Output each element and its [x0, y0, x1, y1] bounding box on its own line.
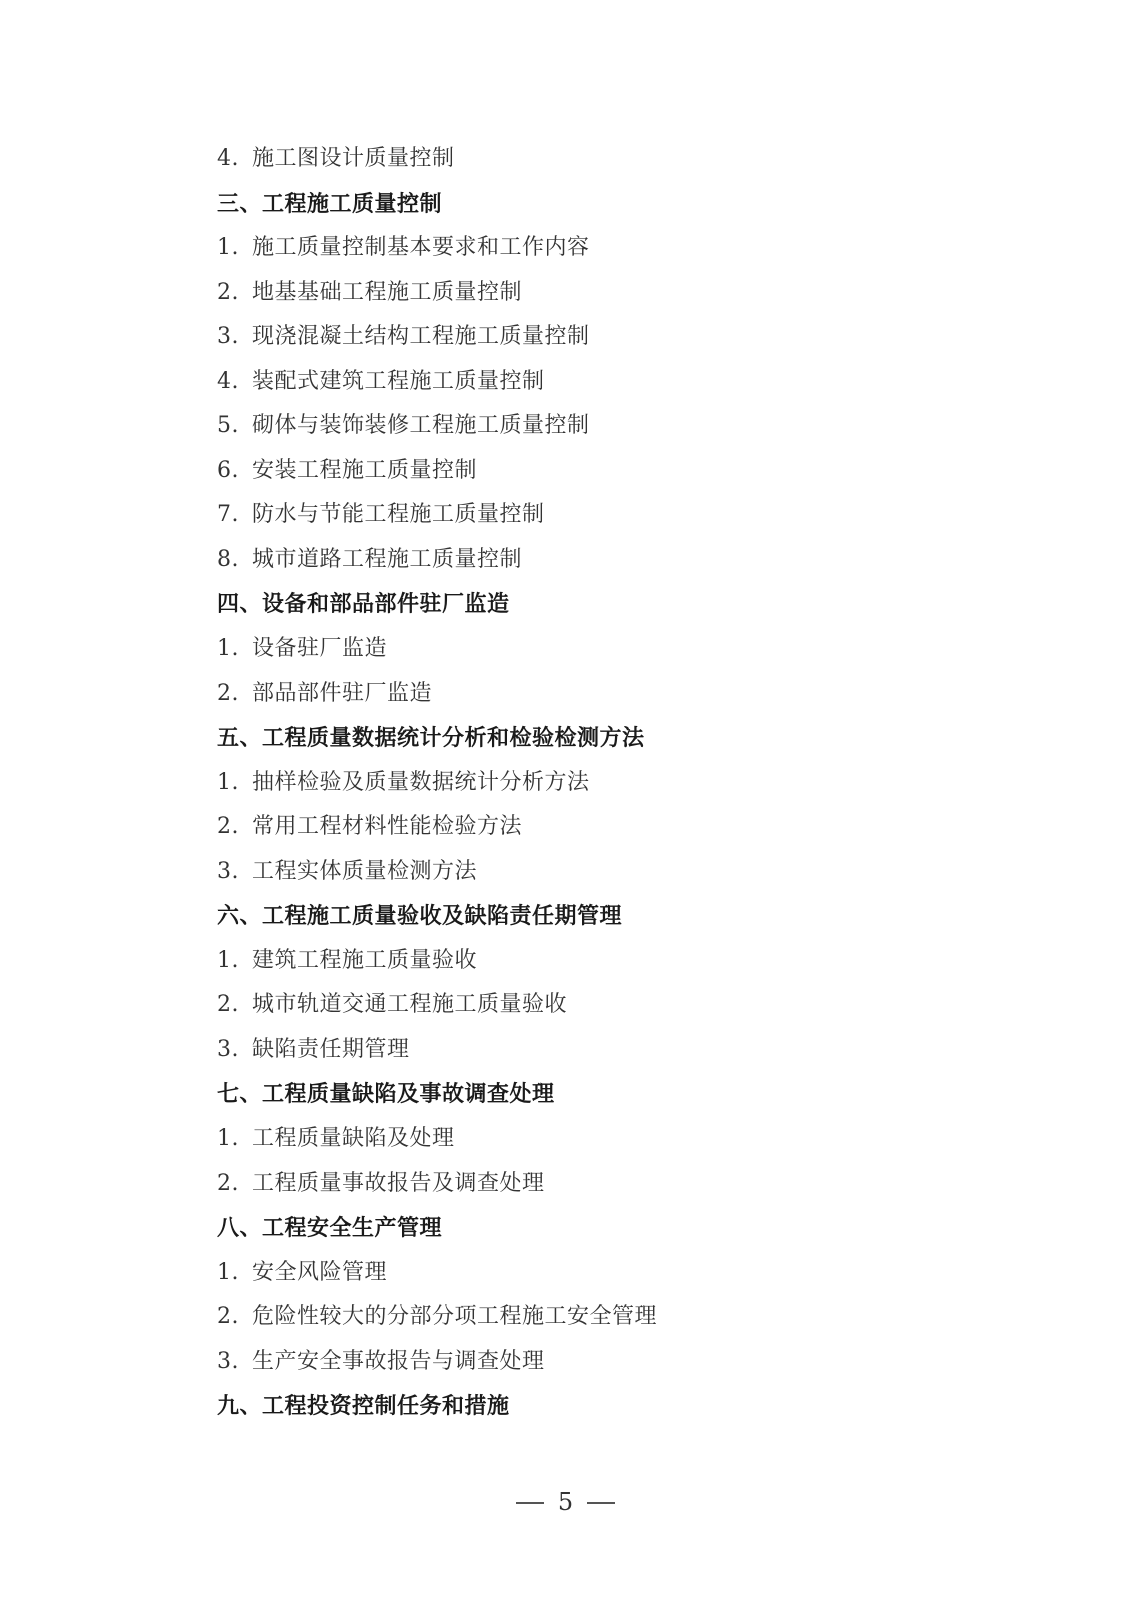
- dash-left: [516, 1502, 544, 1504]
- item-number: 1.: [217, 761, 252, 806]
- outline-item: 4.施工图设计质量控制: [217, 137, 937, 182]
- outline-item: 3.现浇混凝土结构工程施工质量控制: [217, 315, 937, 360]
- item-text: 生产安全事故报告与调查处理: [252, 1349, 545, 1374]
- item-text: 常用工程材料性能检验方法: [252, 814, 522, 839]
- item-number: 5.: [217, 404, 252, 449]
- outline-item: 7.防水与节能工程施工质量控制: [217, 493, 937, 538]
- item-number: 2.: [217, 672, 252, 717]
- section-heading: 九、工程投资控制任务和措施: [217, 1384, 937, 1429]
- outline-item: 2.部品部件驻厂监造: [217, 672, 937, 717]
- outline-item: 3.工程实体质量检测方法: [217, 850, 937, 895]
- section-heading: 八、工程安全生产管理: [217, 1206, 937, 1251]
- outline-item: 2.地基基础工程施工质量控制: [217, 271, 937, 316]
- section-heading: 六、工程施工质量验收及缺陷责任期管理: [217, 894, 937, 939]
- item-text: 安全风险管理: [252, 1260, 387, 1285]
- section-heading: 七、工程质量缺陷及事故调查处理: [217, 1072, 937, 1117]
- page-number: 5: [558, 1488, 573, 1516]
- heading-text: 五、工程质量数据统计分析和检验检测方法: [217, 725, 645, 751]
- item-number: 1.: [217, 939, 252, 984]
- outline-item: 2.工程质量事故报告及调查处理: [217, 1162, 937, 1207]
- section-heading: 五、工程质量数据统计分析和检验检测方法: [217, 716, 937, 761]
- outline-item: 5.砌体与装饰装修工程施工质量控制: [217, 404, 937, 449]
- outline-item: 1.抽样检验及质量数据统计分析方法: [217, 761, 937, 806]
- item-text: 工程实体质量检测方法: [252, 859, 477, 884]
- outline-item: 8.城市道路工程施工质量控制: [217, 538, 937, 583]
- page-footer: 5: [0, 1484, 1131, 1520]
- heading-text: 七、工程质量缺陷及事故调查处理: [217, 1081, 555, 1107]
- item-number: 3.: [217, 850, 252, 895]
- item-text: 工程质量事故报告及调查处理: [252, 1171, 545, 1196]
- outline-item: 2.常用工程材料性能检验方法: [217, 805, 937, 850]
- item-text: 现浇混凝土结构工程施工质量控制: [252, 324, 590, 349]
- heading-text: 八、工程安全生产管理: [217, 1215, 442, 1241]
- outline-item: 3.缺陷责任期管理: [217, 1028, 937, 1073]
- heading-text: 六、工程施工质量验收及缺陷责任期管理: [217, 903, 622, 929]
- item-text: 设备驻厂监造: [252, 636, 387, 661]
- outline-item: 1.建筑工程施工质量验收: [217, 939, 937, 984]
- item-text: 防水与节能工程施工质量控制: [252, 502, 545, 527]
- heading-text: 四、设备和部品部件驻厂监造: [217, 591, 510, 617]
- item-number: 3.: [217, 1340, 252, 1385]
- item-text: 施工质量控制基本要求和工作内容: [252, 235, 590, 260]
- item-text: 部品部件驻厂监造: [252, 681, 432, 706]
- item-text: 建筑工程施工质量验收: [252, 948, 477, 973]
- item-text: 城市道路工程施工质量控制: [252, 547, 522, 572]
- item-text: 危险性较大的分部分项工程施工安全管理: [252, 1304, 657, 1329]
- item-text: 工程质量缺陷及处理: [252, 1126, 455, 1151]
- item-number: 2.: [217, 1162, 252, 1207]
- section-heading: 四、设备和部品部件驻厂监造: [217, 582, 937, 627]
- item-number: 2.: [217, 983, 252, 1028]
- item-text: 施工图设计质量控制: [252, 146, 455, 171]
- outline-item: 4.装配式建筑工程施工质量控制: [217, 360, 937, 405]
- item-number: 2.: [217, 805, 252, 850]
- outline-item: 1.设备驻厂监造: [217, 627, 937, 672]
- item-number: 7.: [217, 493, 252, 538]
- heading-text: 九、工程投资控制任务和措施: [217, 1393, 510, 1419]
- item-number: 8.: [217, 538, 252, 583]
- item-number: 1.: [217, 1251, 252, 1296]
- item-number: 2.: [217, 271, 252, 316]
- item-text: 抽样检验及质量数据统计分析方法: [252, 770, 590, 795]
- item-number: 3.: [217, 1028, 252, 1073]
- item-text: 城市轨道交通工程施工质量验收: [252, 992, 567, 1017]
- item-text: 砌体与装饰装修工程施工质量控制: [252, 413, 590, 438]
- section-heading: 三、工程施工质量控制: [217, 182, 937, 227]
- outline-item: 6.安装工程施工质量控制: [217, 449, 937, 494]
- item-text: 装配式建筑工程施工质量控制: [252, 369, 545, 394]
- outline-item: 1.工程质量缺陷及处理: [217, 1117, 937, 1162]
- item-number: 2.: [217, 1295, 252, 1340]
- outline-item: 1.施工质量控制基本要求和工作内容: [217, 226, 937, 271]
- item-number: 1.: [217, 226, 252, 271]
- document-page: 4.施工图设计质量控制 三、工程施工质量控制 1.施工质量控制基本要求和工作内容…: [0, 0, 1131, 1600]
- outline-item: 2.危险性较大的分部分项工程施工安全管理: [217, 1295, 937, 1340]
- heading-text: 三、工程施工质量控制: [217, 191, 442, 217]
- item-text: 安装工程施工质量控制: [252, 458, 477, 483]
- outline-item: 1.安全风险管理: [217, 1251, 937, 1296]
- item-number: 1.: [217, 1117, 252, 1162]
- item-number: 4.: [217, 360, 252, 405]
- item-number: 4.: [217, 137, 252, 182]
- item-number: 3.: [217, 315, 252, 360]
- item-text: 缺陷责任期管理: [252, 1037, 410, 1062]
- item-number: 6.: [217, 449, 252, 494]
- outline-item: 3.生产安全事故报告与调查处理: [217, 1340, 937, 1385]
- dash-right: [587, 1502, 615, 1504]
- outline-item: 2.城市轨道交通工程施工质量验收: [217, 983, 937, 1028]
- item-number: 1.: [217, 627, 252, 672]
- item-text: 地基基础工程施工质量控制: [252, 280, 522, 305]
- outline-list: 4.施工图设计质量控制 三、工程施工质量控制 1.施工质量控制基本要求和工作内容…: [217, 137, 937, 1429]
